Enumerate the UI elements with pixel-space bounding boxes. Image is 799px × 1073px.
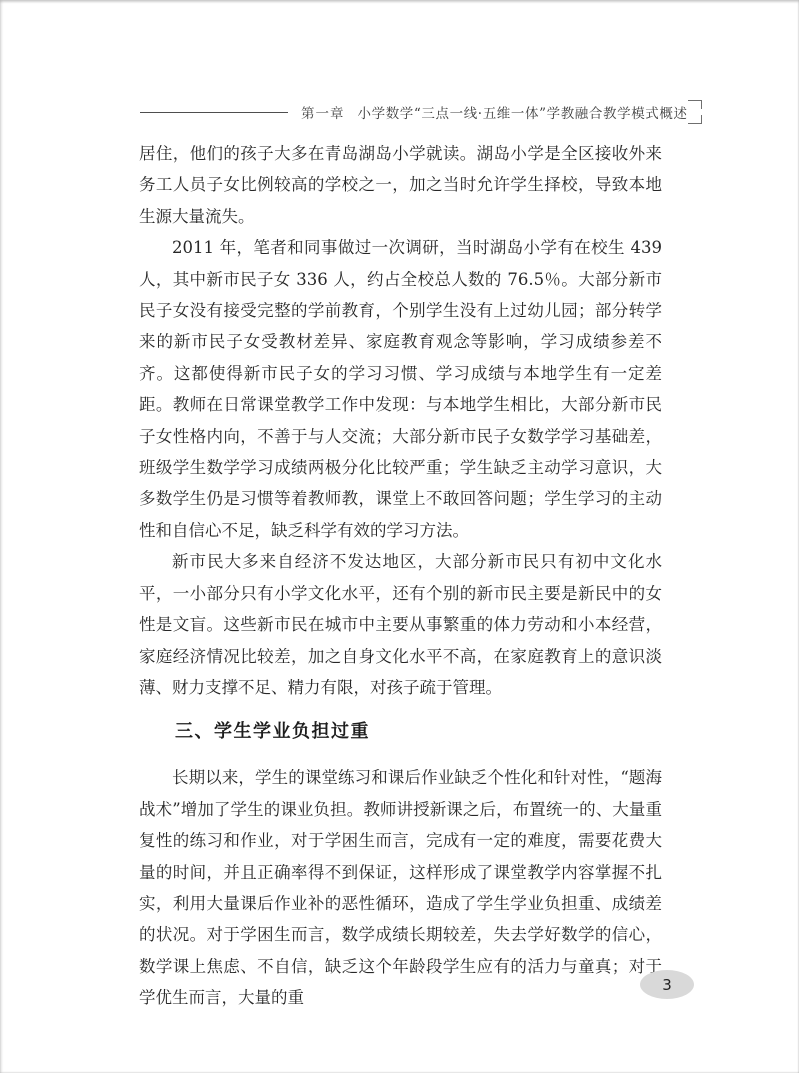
corner-bracket-bottom-icon	[688, 115, 702, 124]
chapter-running-title: 小学数学“三点一线·五维一体”学教融合教学模式概述	[358, 102, 688, 122]
chapter-label: 第一章	[301, 102, 345, 122]
corner-brackets-icon	[688, 100, 702, 124]
running-head: 第一章 小学数学“三点一线·五维一体”学教融合教学模式概述	[140, 96, 698, 128]
section-heading: 三、学生学业负担过重	[139, 716, 662, 747]
paragraph: 长期以来，学生的课堂练习和课后作业缺乏个性化和针对性，“题海战术”增加了学生的课…	[139, 762, 662, 1013]
corner-bracket-top-icon	[688, 100, 702, 109]
page-number-badge: 3	[640, 970, 694, 999]
book-page: 第一章 小学数学“三点一线·五维一体”学教融合教学模式概述 居住，他们的孩子大多…	[0, 0, 799, 1073]
header-rule	[140, 112, 288, 113]
paragraph-continuation: 居住，他们的孩子大多在青岛湖岛小学就读。湖岛小学是全区接收外来务工人员子女比例较…	[139, 138, 662, 232]
page-body: 居住，他们的孩子大多在青岛湖岛小学就读。湖岛小学是全区接收外来务工人员子女比例较…	[139, 138, 662, 1014]
paragraph: 新市民大多来自经济不发达地区，大部分新市民只有初中文化水平，一小部分只有小学文化…	[139, 546, 662, 703]
paragraph: 2011 年，笔者和同事做过一次调研，当时湖岛小学有在校生 439 人，其中新市…	[139, 232, 662, 546]
